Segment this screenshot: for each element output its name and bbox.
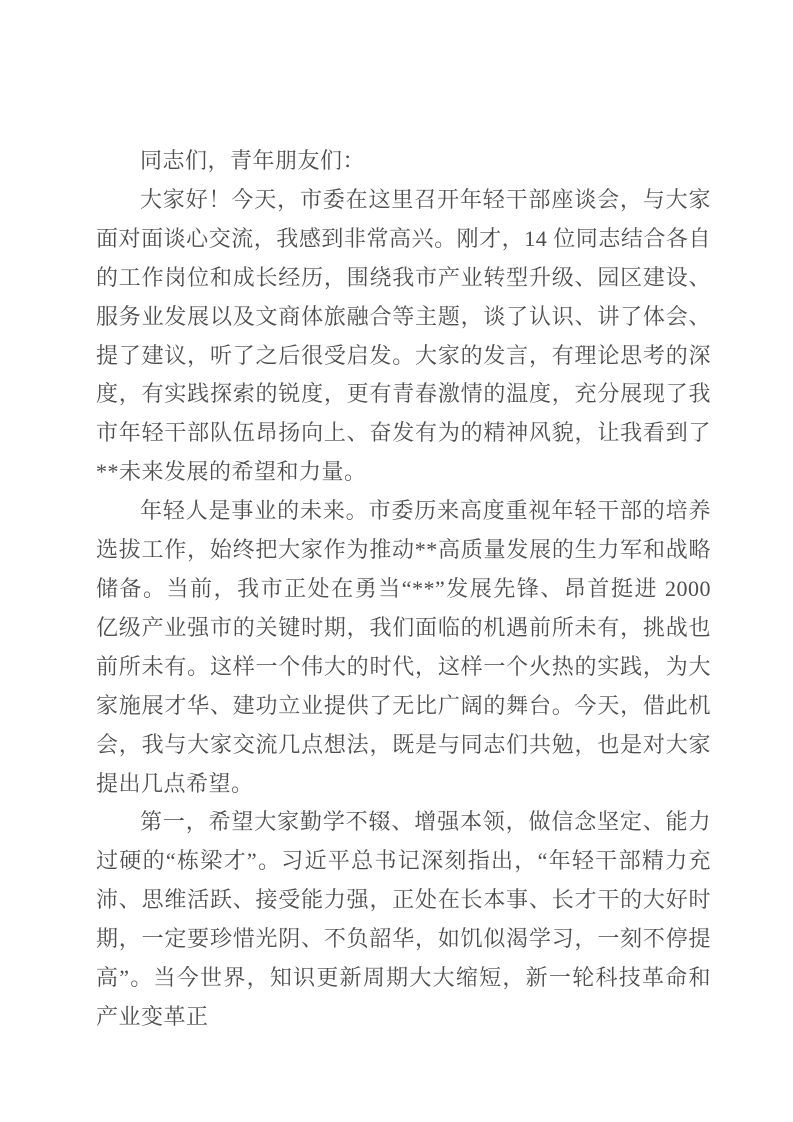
context-paragraph: 年轻人是事业的未来。市委历来高度重视年轻干部的培养选拔工作，始终把大家作为推动*… <box>96 492 711 803</box>
opening-paragraph: 大家好！今天，市委在这里召开年轻干部座谈会，与大家面对面谈心交流，我感到非常高兴… <box>96 181 711 492</box>
first-hope-paragraph: 第一，希望大家勤学不辍、增强本领，做信念坚定、能力过硬的“栋梁才”。习近平总书记… <box>96 803 711 1036</box>
salutation-paragraph: 同志们，青年朋友们： <box>96 142 711 181</box>
document-page: 同志们，青年朋友们： 大家好！今天，市委在这里召开年轻干部座谈会，与大家面对面谈… <box>0 0 793 1122</box>
document-body: 同志们，青年朋友们： 大家好！今天，市委在这里召开年轻干部座谈会，与大家面对面谈… <box>96 142 711 1037</box>
